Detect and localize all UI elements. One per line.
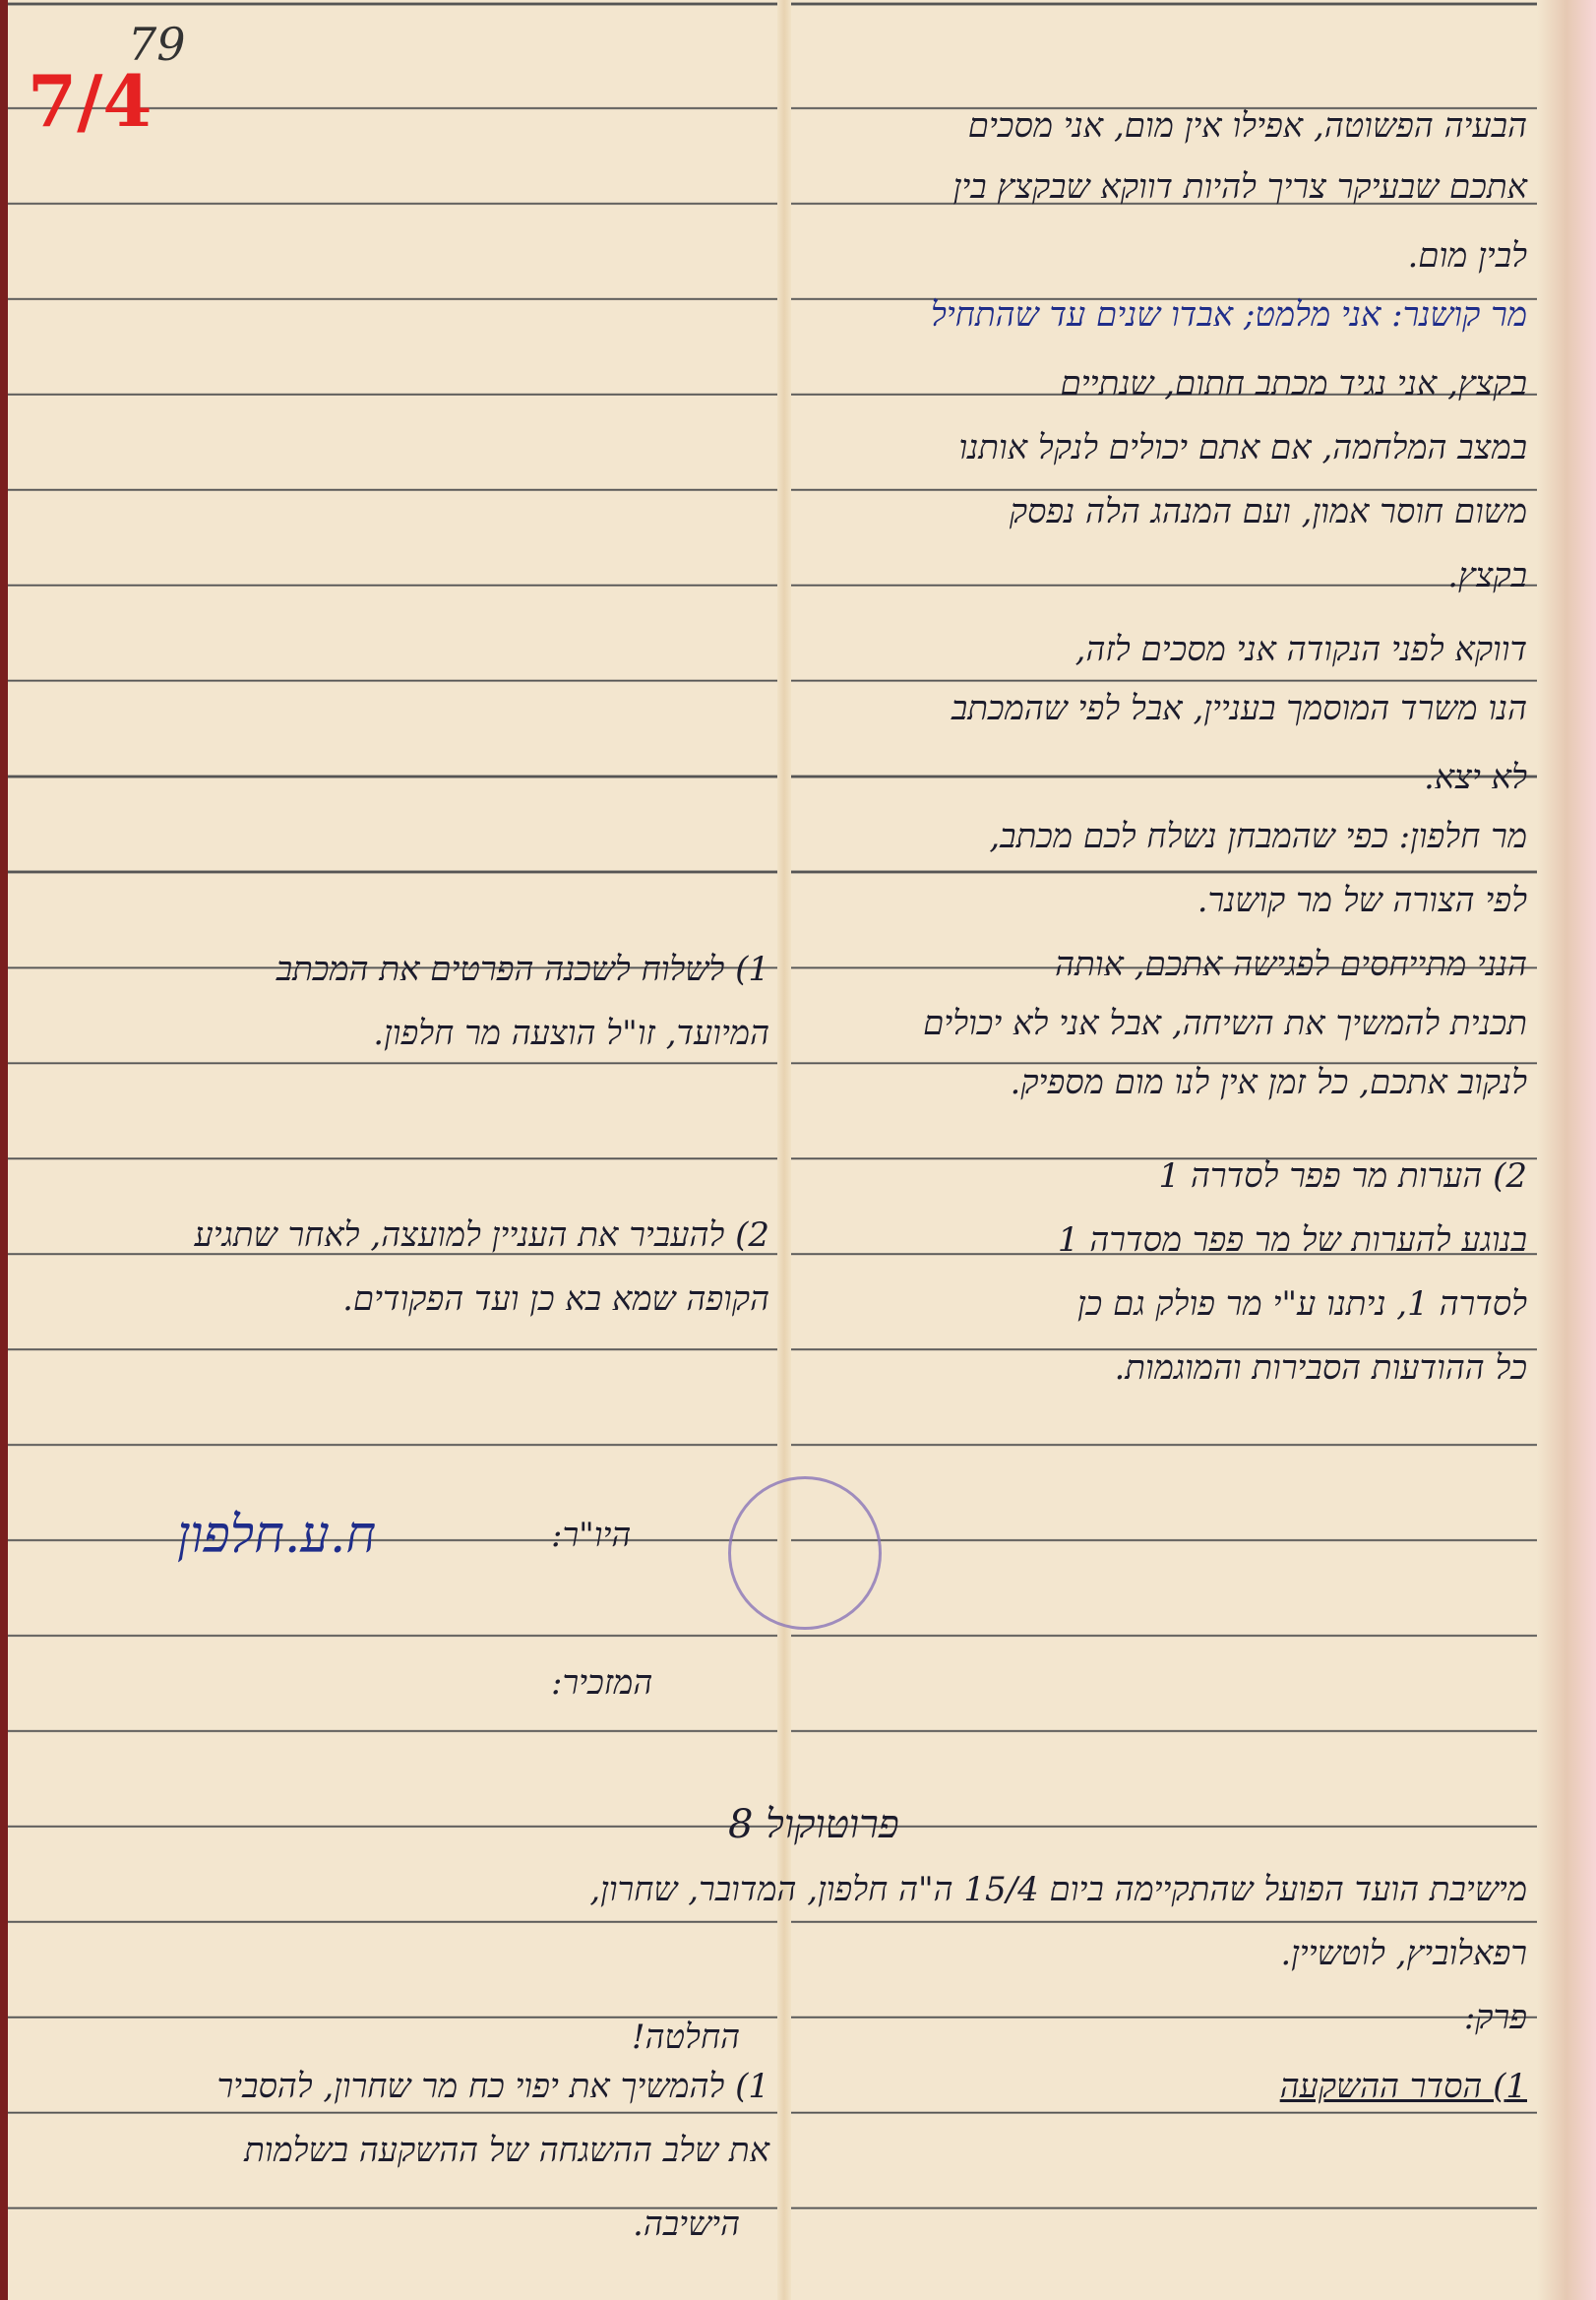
right-line-18: בנוגע להערות של מר פפר מסדרה 1: [1058, 1220, 1527, 1260]
right-line-13: לפי הצורה של מר קושנר.: [1197, 881, 1527, 920]
decision-line-1: 1) להמשיך את יפוי כח מר שחרון, להסביר: [216, 2067, 769, 2106]
agenda-label: פרק:: [1464, 1998, 1527, 2037]
secretary-label: המזכיר:: [551, 1663, 652, 1703]
right-line-1: הבעיה הפשוטה, אפילו אין מום, אני מסכים: [968, 106, 1527, 146]
right-line-17: 2) הערות מר פפר לסדרה 1: [1159, 1156, 1527, 1196]
left-line-1: 1) לשלוח לשכנה הפרטים את המכתב: [276, 950, 769, 989]
chairman-label: היו"ר:: [551, 1516, 631, 1555]
right-line-14: הנני מתייחסים לפגישה אתכם, אותה: [1055, 945, 1527, 984]
chairman-signature: ח.ע.חלפון: [177, 1506, 376, 1565]
right-line-3: לבין מום.: [1407, 236, 1527, 276]
agenda-item: 1) הסדר ההשקעה: [1280, 2067, 1527, 2106]
protocol-line-2: רפאלוביץ, לוטשיין.: [1280, 1934, 1527, 1973]
right-line-12: מר חלפון: כפי שהמבחן נשלח לכם מכתב,: [989, 817, 1527, 856]
left-line-2: המיועד, זו"ל הוצעה מר חלפון.: [373, 1014, 769, 1053]
left-line-3: 2) להעביר את העניין למועצה, לאחר שתגיע: [194, 1215, 769, 1255]
right-line-6: במצב המלחמה, אם אתם יכולים לנקל אותנו: [959, 428, 1527, 467]
decision-line-2: את שלב ההשגחה של ההשקעה בשלמות: [244, 2131, 769, 2170]
decision-line-3: הישיבה.: [633, 2205, 740, 2244]
right-line-20: כל ההודעות הסבירות והמוגמות.: [1114, 1348, 1527, 1388]
left-line-4: הקופה שמא בא כן ועד הפקודים.: [342, 1279, 769, 1319]
red-mark: 7/4: [28, 59, 153, 143]
stamp: [728, 1476, 882, 1630]
right-line-15: תכנית להמשיך את השיחה, אבל אני לא יכולים: [923, 1004, 1527, 1043]
page-fold: [777, 0, 791, 2300]
right-line-16: לנקוב אתכם, כל זמן אין לנו מום מספיק.: [1011, 1063, 1527, 1102]
right-line-9: דווקא לפני הנקודה אני מסכים לזה,: [1075, 630, 1527, 669]
right-line-19: לסדרה 1, ניתנו ע"י מר פולק גם כן: [1077, 1284, 1527, 1324]
decisions-label: החלטה!: [632, 2018, 740, 2057]
right-line-5: בקצץ, אני נגיד מכתב חתום, שנתיים: [1061, 364, 1527, 404]
right-line-8: בקצץ.: [1447, 556, 1527, 595]
right-line-2: אתכם שבעיקר צריך להיות דווקא שבקצץ בין: [953, 167, 1527, 207]
protocol-line-1: מישיבת הועד הפועל שהתקיימה ביום 15/4 ה"ה…: [589, 1870, 1527, 1909]
page-edge-right: [1537, 0, 1596, 2300]
right-line-11: לא יצא.: [1424, 758, 1527, 797]
page-edge-left: [0, 0, 8, 2300]
protocol-title: פרוטוקול 8: [728, 1801, 899, 1847]
right-line-7: משום חוסר אמון, ועם המנהג הלה נפסק: [1010, 492, 1527, 531]
right-line-4: מר קושנר: אני מלמט; אבדו שנים עד שהתחיל: [931, 295, 1527, 335]
right-line-10: הנו משרד המוסמך בעניין, אבל לפי שהמכתב: [951, 689, 1527, 728]
